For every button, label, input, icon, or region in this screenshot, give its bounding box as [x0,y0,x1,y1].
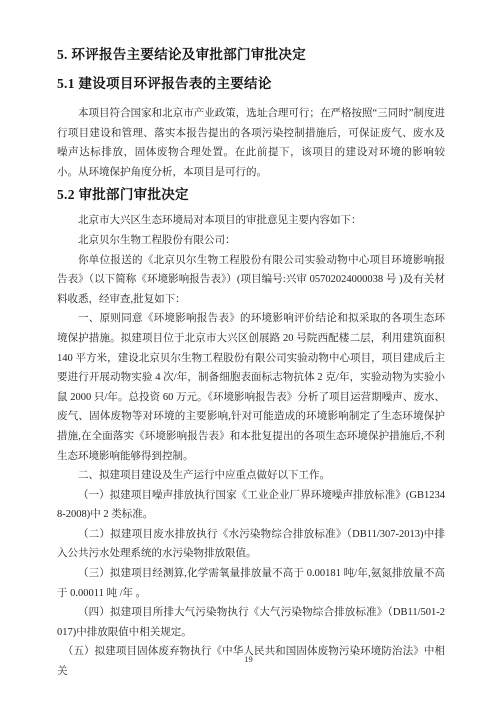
paragraph: 本项目符合国家和北京市产业政策，选址合理可行；在严格按照“三同时”制度进行项目建… [57,104,445,182]
section-5-2-heading: 5.2 审批部门审批决定 [57,184,445,206]
paragraph: 一、原则同意《环境影响报告表》的环境影响评价结论和拟采取的各项生态环境保护措施。… [57,309,445,466]
section-5-1-heading: 5.1 建设项目环评报告表的主要结论 [57,73,445,95]
paragraph: 北京贝尔生物工程股份有限公司： [57,231,445,251]
paragraph: （二）拟建项目废水排放执行《水污染物综合排放标准》（DB11/307-2013)… [57,525,445,564]
paragraph: 北京市大兴区生态环境局对本项目的审批意见主要内容如下： [57,211,445,231]
paragraph: （三）拟建项目经测算,化学需氧量排放量不高于 0.00181 吨/年,氨氮排放量… [57,564,445,603]
paragraph: （四）拟建项目所排大气污染物执行《大气污染物综合排放标准》（DB11/501-2… [57,603,445,642]
page-number: 19 [0,654,497,664]
paragraph: 你单位报送的《北京贝尔生物工程股份有限公司实验动物中心项目环境影响报告表》（以下… [57,251,445,310]
paragraph: 二、拟建项目建设及生产运行中应重点做好以下工作。 [57,466,445,486]
section-5-2-body: 北京市大兴区生态环境局对本项目的审批意见主要内容如下：北京贝尔生物工程股份有限公… [57,211,445,681]
section-5-1-body: 本项目符合国家和北京市产业政策，选址合理可行；在严格按照“三同时”制度进行项目建… [57,104,445,182]
document-page: 5. 环评报告主要结论及审批部门审批决定 5.1 建设项目环评报告表的主要结论 … [0,0,497,702]
chapter-heading: 5. 环评报告主要结论及审批部门审批决定 [57,44,445,66]
paragraph: （一）拟建项目噪声排放执行国家《工业企业厂界环境噪声排放标准》(GB12348-… [57,486,445,525]
